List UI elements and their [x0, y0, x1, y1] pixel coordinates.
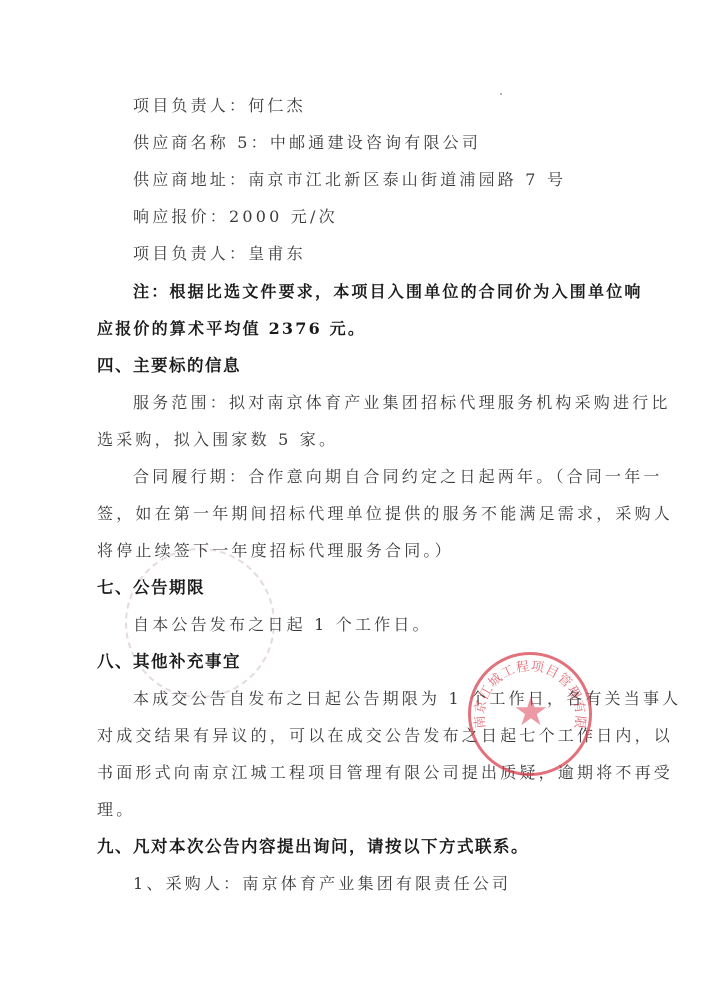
- section-heading-7: 七、公告期限: [97, 578, 205, 598]
- service-scope-line-1: 服务范围：拟对南京体育产业集团招标代理服务机构采购进行比: [133, 393, 671, 413]
- contract-term-line-1: 合同履行期：合作意向期自合同约定之日起两年。（合同一年一: [133, 467, 663, 487]
- seal-text: 南京江城工程项目管理有限公司: [468, 652, 592, 776]
- service-scope-line-2: 选采购，拟入围家数 5 家。: [97, 430, 338, 450]
- note-line-2: 应报价的算术平均值 2376 元。: [97, 319, 366, 339]
- project-lead-4: 项目负责人：何仁杰: [133, 96, 306, 116]
- speck: [500, 93, 502, 95]
- quoted-price-5: 响应报价：2000 元/次: [133, 207, 338, 227]
- other-matters-line-1: 本成交公告自发布之日起公告期限为 1 个工作日，各有关当事人: [133, 689, 681, 709]
- section-heading-8: 八、其他补充事宜: [97, 652, 241, 672]
- section-heading-9: 九、凡对本次公告内容提出询问，请按以下方式联系。: [97, 837, 529, 857]
- announcement-period: 自本公告发布之日起 1 个工作日。: [133, 615, 432, 635]
- contact-purchaser: 1、采购人：南京体育产业集团有限责任公司: [133, 874, 511, 894]
- supplier-address-5: 供应商地址：南京市江北新区泰山街道浦园路 7 号: [133, 170, 566, 190]
- contract-term-line-3: 将停止续签下一年度招标代理服务合同。）: [97, 541, 454, 561]
- project-lead-5: 项目负责人：皇甫东: [133, 244, 306, 264]
- svg-text:南京江城工程项目管理有限公司: 南京江城工程项目管理有限公司: [468, 652, 587, 730]
- contract-term-line-2: 签，如在第一年期间招标代理单位提供的服务不能满足需求，采购人: [97, 504, 673, 524]
- note-line-1: 注：根据比选文件要求，本项目入围单位的合同价为入围单位响: [133, 282, 643, 302]
- other-matters-line-4: 理。: [97, 800, 135, 820]
- supplier-name-5: 供应商名称 5：中邮通建设咨询有限公司: [133, 133, 481, 153]
- section-heading-4: 四、主要标的信息: [97, 356, 241, 376]
